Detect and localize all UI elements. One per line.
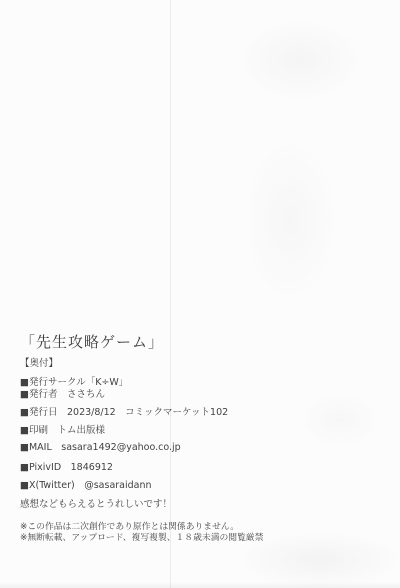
disclaimer-block: ※この作品は二次創作であり原作とは関係ありません。 ※無断転載、アップロード、複… <box>20 522 380 544</box>
colophon-block: 「先生攻略ゲーム」 【奥付】 ■発行サークル「K÷W」 ■発行者 ささちん ■発… <box>20 334 380 544</box>
disclaimer-derivative-work: ※この作品は二次創作であり原作とは関係ありません。 <box>20 522 380 533</box>
colophon-line-publisher: ■発行者 ささちん <box>20 390 380 401</box>
colophon-line-pixiv-id: ■PixivID 1846912 <box>20 463 380 474</box>
colophon-line-publication-date: ■発行日 2023/8/12 コミックマーケット102 <box>20 408 380 419</box>
author-comment: 感想などもらえるとうれしいです！ <box>20 499 380 510</box>
colophon-line-x-twitter: ■X(Twitter) @sasaraidann <box>20 481 380 492</box>
colophon-line-email: ■MAIL sasara1492@yahoo.co.jp <box>20 443 380 454</box>
colophon-line-publishing-circle: ■発行サークル「K÷W」 <box>20 378 380 389</box>
book-title: 「先生攻略ゲーム」 <box>20 334 380 350</box>
scanned-colophon-page: 「先生攻略ゲーム」 【奥付】 ■発行サークル「K÷W」 ■発行者 ささちん ■発… <box>0 0 400 588</box>
okuzuke-section-label: 【奥付】 <box>20 359 380 369</box>
colophon-line-printer: ■印刷 トム出版様 <box>20 426 380 437</box>
disclaimer-no-reproduction: ※無断転載、アップロード、複写複製、１８歳未満の閲覧厳禁 <box>20 533 380 544</box>
